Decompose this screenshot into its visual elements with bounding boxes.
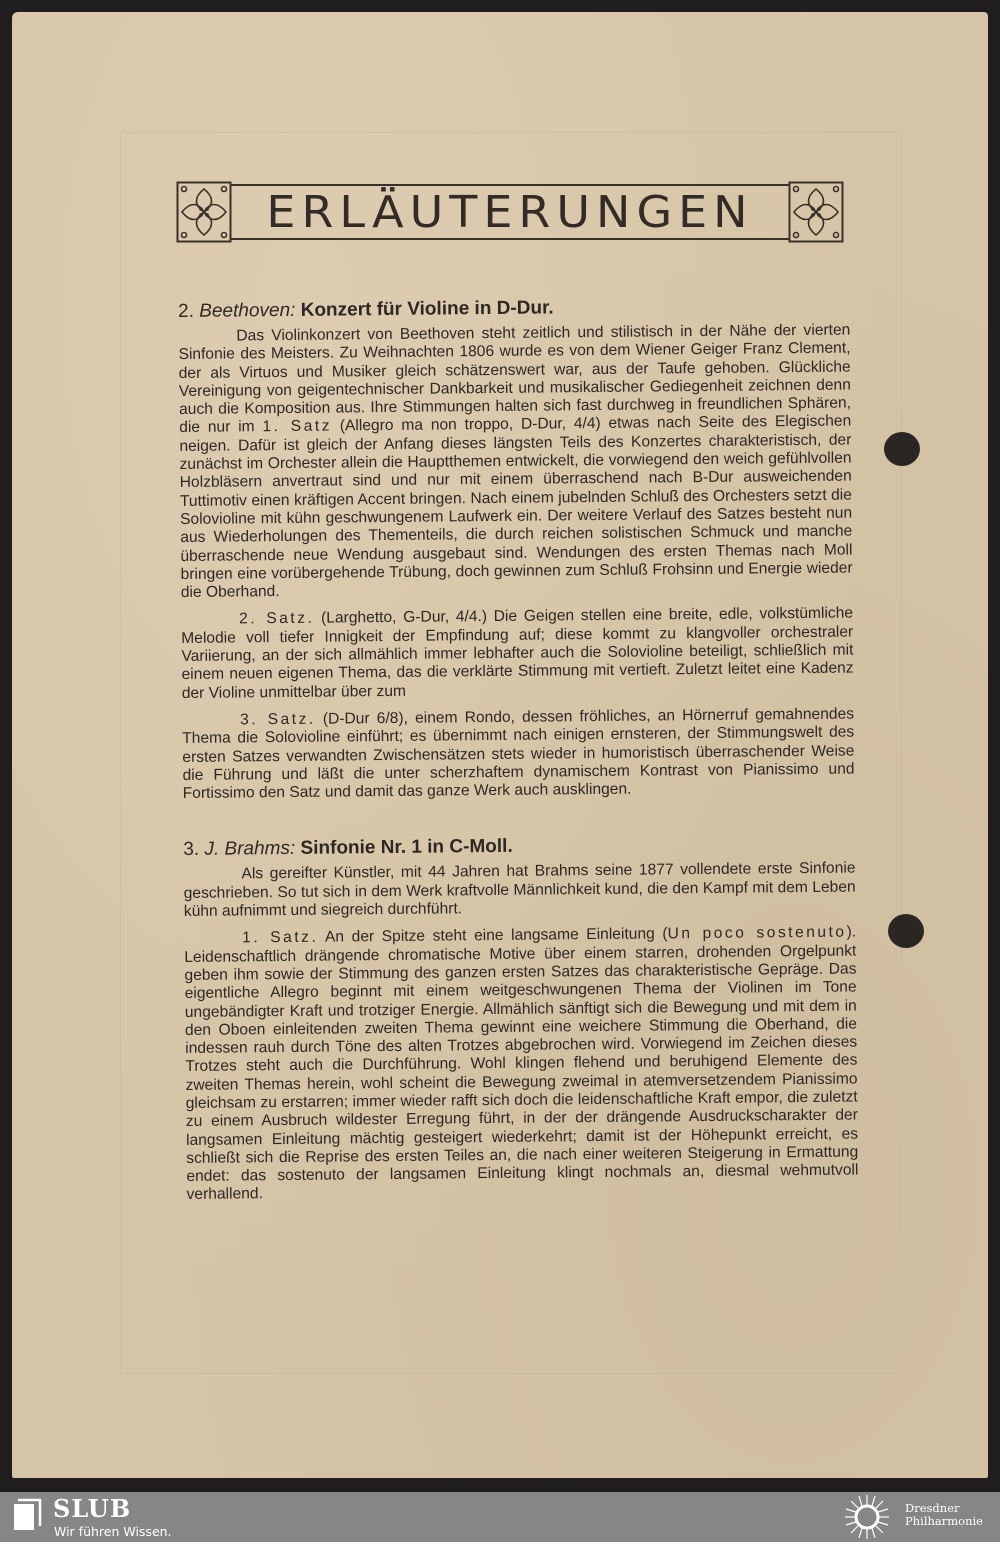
- footer-bar: SLUB Wir führen Wissen. Dresdner Philhar…: [0, 1492, 1000, 1542]
- slub-brand[interactable]: SLUB: [53, 1494, 131, 1523]
- title-banner: ERLÄUTERUNGEN: [176, 180, 844, 244]
- section-number: 3.: [183, 839, 199, 860]
- hole-punch-icon: [888, 914, 924, 948]
- tempo-marking: Un poco sostenuto: [667, 924, 846, 943]
- slub-tagline: Wir führen Wissen.: [54, 1524, 172, 1539]
- slub-book-logo-icon[interactable]: [12, 1498, 42, 1532]
- paragraph: 3. Satz. (D-Dur 6/8), einem Rondo, desse…: [182, 705, 855, 803]
- paragraph-text: Als gereifter Künstler, mit 44 Jahren ha…: [184, 860, 856, 920]
- paragraph: 2. Satz. (Larghetto, G-Dur, 4/4.) Die Ge…: [181, 605, 854, 703]
- document-page: ERLÄUTERUNGEN 2. Beethoven: Konzert für …: [12, 12, 988, 1478]
- document-body: 2. Beethoven: Konzert für Violine in D-D…: [178, 294, 859, 1214]
- section-heading-beethoven: 2. Beethoven: Konzert für Violine in D-D…: [178, 294, 850, 324]
- hole-punch-icon: [884, 432, 920, 466]
- title-frame: ERLÄUTERUNGEN: [231, 184, 789, 240]
- movement-label: 3. Satz.: [240, 711, 316, 729]
- movement-label: 1. Satz: [262, 418, 332, 436]
- paragraph: 1. Satz. An der Spitze steht eine langsa…: [184, 924, 859, 1205]
- movement-label: 1. Satz.: [242, 929, 318, 947]
- paragraph: Das Violinkonzert von Beethoven steht ze…: [178, 322, 853, 603]
- floral-ornament-icon: [176, 181, 232, 243]
- work-title: Sinfonie Nr. 1 in C-Moll.: [300, 836, 512, 859]
- paragraph-text: (Allegro ma non troppo, D-Dur, 4/4) etwa…: [179, 413, 852, 601]
- work-title: Konzert für Violine in D-Dur.: [301, 297, 554, 320]
- movement-label: 2. Satz.: [239, 610, 314, 628]
- dresdner-philharmonie-brand[interactable]: Dresdner Philharmonie: [905, 1502, 983, 1528]
- composer-name: J. Brahms:: [204, 838, 295, 860]
- page-title: ERLÄUTERUNGEN: [266, 186, 753, 237]
- section-number: 2.: [178, 301, 194, 322]
- dresdner-philharmonie-sunburst-logo-icon[interactable]: [842, 1493, 892, 1541]
- paragraph: Als gereifter Künstler, mit 44 Jahren ha…: [183, 860, 855, 921]
- composer-name: Beethoven:: [199, 300, 295, 322]
- floral-ornament-icon: [788, 181, 844, 243]
- section-heading-brahms: 3. J. Brahms: Sinfonie Nr. 1 in C-Moll.: [183, 832, 855, 862]
- paragraph-text: An der Spitze steht eine langsame Einlei…: [325, 926, 668, 946]
- brand-line: Philharmonie: [905, 1515, 983, 1528]
- paragraph-text: ). Leidenschaftlich drängende chromatisc…: [184, 924, 858, 1204]
